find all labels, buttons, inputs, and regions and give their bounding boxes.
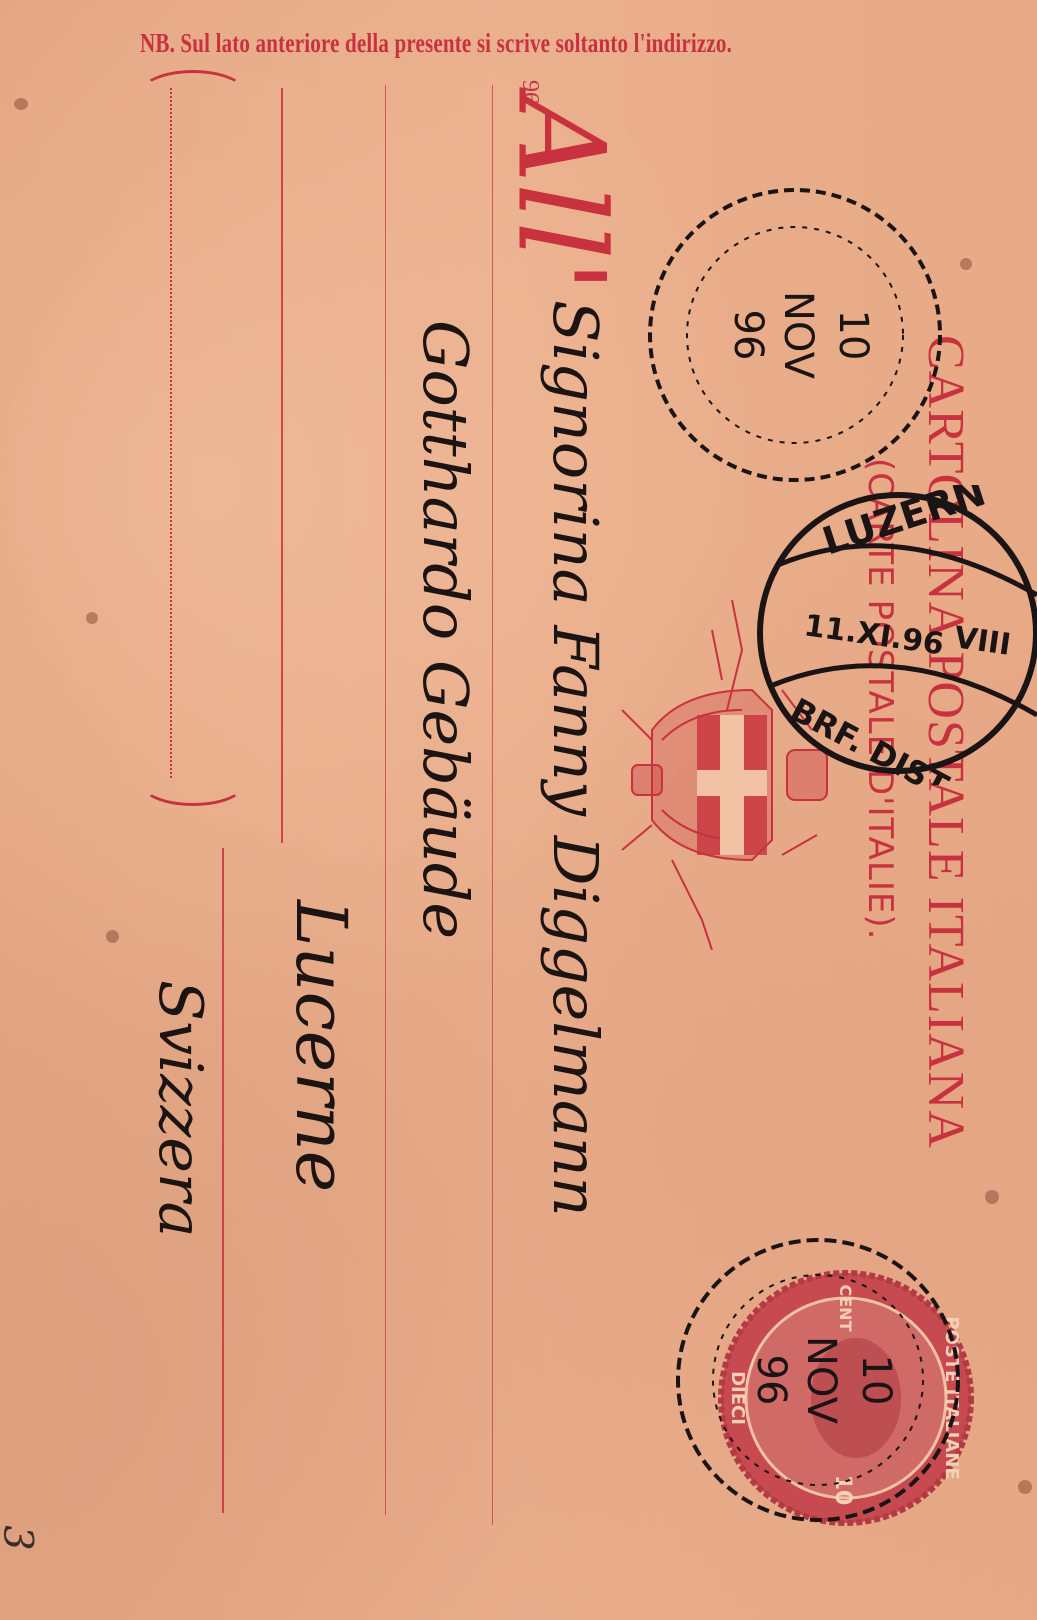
svg-text:NOV: NOV — [798, 1336, 844, 1425]
svg-text:VIII: VIII — [952, 620, 1013, 663]
address-line-2: Gotthardo Gebäude — [409, 320, 482, 939]
address-line — [281, 88, 283, 843]
dotted-guide-line — [170, 88, 172, 778]
stain-spot — [106, 930, 119, 943]
stain-spot — [14, 98, 28, 110]
luzern-postmark: LUZERN 11.XI.96 VIII BRF. DIST — [748, 485, 1037, 785]
bracket-bottom — [140, 760, 246, 806]
stain-spot — [960, 258, 972, 270]
address-line — [385, 85, 386, 1515]
postcard: NB. Sul lato anteriore della presente si… — [0, 0, 1037, 1620]
svg-text:96: 96 — [725, 310, 771, 361]
corner-mark: 3 — [0, 1525, 41, 1550]
bracket-top — [140, 70, 246, 116]
stain-spot — [1018, 1480, 1032, 1494]
italian-postmark-upper: 10 NOV 96 — [640, 180, 950, 490]
address-line-1: Signorina Fanny Diggelmann — [539, 300, 612, 1217]
address-line-4: Svizzera — [145, 980, 215, 1237]
address-line — [492, 85, 493, 1525]
svg-text:NOV: NOV — [775, 291, 821, 380]
nb-notice: NB. Sul lato anteriore della presente si… — [140, 28, 732, 59]
svg-text:10: 10 — [830, 310, 876, 361]
address-ornament: All' — [491, 96, 630, 292]
svg-text:10: 10 — [853, 1355, 899, 1406]
address-line-3: Lucerne — [280, 900, 362, 1192]
stain-spot — [86, 612, 98, 624]
svg-text:LUZERN: LUZERN — [817, 485, 991, 564]
italian-postmark-stamp: 10 NOV 96 — [668, 1230, 968, 1530]
address-line — [222, 848, 224, 1513]
svg-text:11.XI.96: 11.XI.96 — [802, 608, 946, 662]
stain-spot — [985, 1190, 999, 1204]
svg-text:96: 96 — [748, 1355, 794, 1406]
